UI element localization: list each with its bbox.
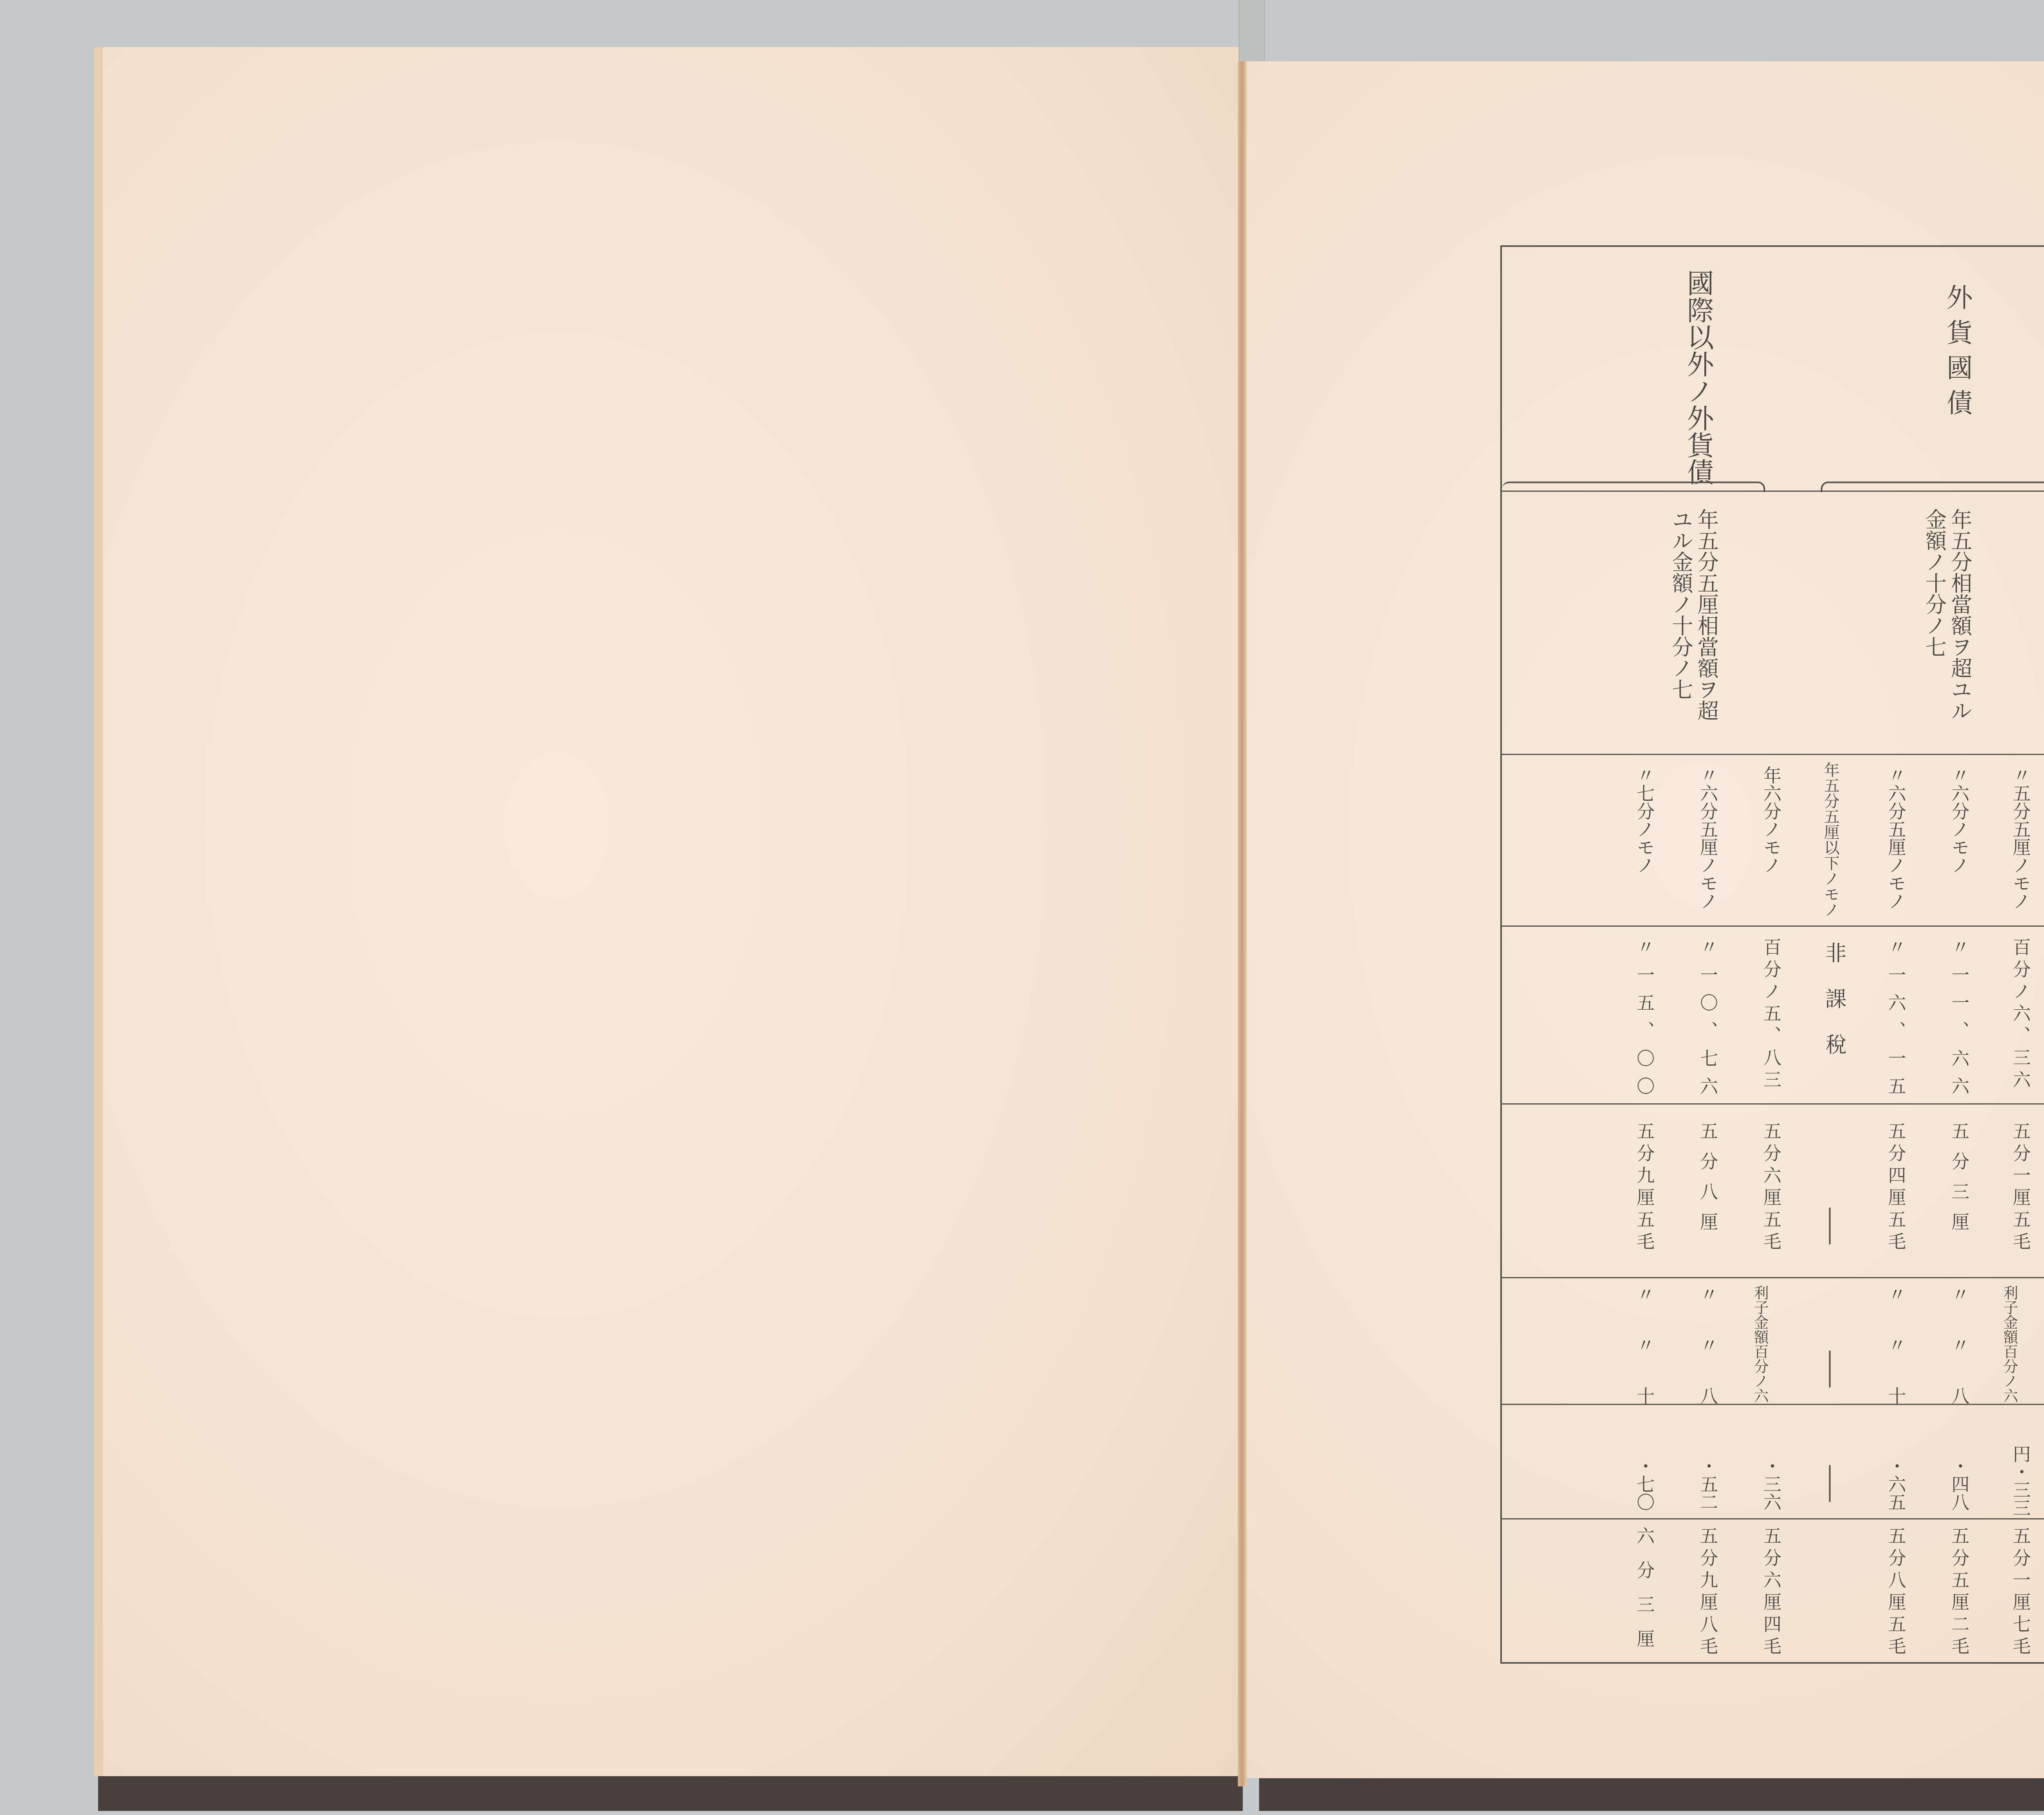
net-yield-cell: 五分四厘五毛 [1884,1122,1906,1254]
empty-cell-dash [1829,1351,1831,1387]
revision-net-yield-cell: 五分九厘八毛 [1696,1526,1718,1659]
group-brace [1502,482,1765,492]
revision-tax-rate-cell: 〃〃十 [1633,1285,1654,1437]
bleed-through-text [634,292,663,316]
revision-tax-rate-cell: 〃〃十 [1884,1285,1906,1437]
interest-rate-cell: 〃五分五厘ノモノ [2009,766,2031,910]
net-yield-cell: 五分九厘五毛 [1633,1122,1654,1254]
book-shadow-left [98,1774,1243,1811]
revision-tax-per-100-cell: ・四八 [1948,1457,1969,1511]
net-yield-cell: 五分六厘五毛 [1759,1122,1781,1254]
computed-tax-rate-cell: 百分ノ六、三六 [2009,938,2031,1092]
revision-tax-rate-cell: 〃〃八 [1948,1285,1969,1437]
tax-table: 種別 稅率 利率 算出稅率 稅引手取利廻 稅率 元金百円ニ対スル稅額 稅引手取利… [1500,245,2044,1664]
revision-tax-per-100-cell: ・六五 [1884,1457,1906,1511]
net-yield-cell: 五分三厘 [1948,1122,1969,1243]
row-divider [1502,925,2044,927]
tax-rate-other-foreign: 年五分五厘相當額ヲ超ユル金額ノ十分ノ七 [1661,509,1719,737]
group-brace [1821,482,2044,492]
group-name-other-foreign-bonds: 國際以外ノ外貨債 [1682,269,1714,485]
row-divider [1502,754,2044,755]
revision-tax-per-100-cell: 円・三三 [2009,1445,2031,1517]
computed-tax-rate-cell: 非課稅 [1821,942,1846,1079]
interest-rate-cell: 〃六分五厘ノモノ [1696,766,1718,910]
interest-rate-cell: 年六分ノモノ [1759,766,1781,874]
group-name-foreign-govt-bonds: 外貨國債 [1941,284,1973,424]
interest-rate-cell: 年五分五厘以下ノモノ [1821,762,1840,917]
revision-tax-per-100-cell: ・五二 [1696,1457,1718,1511]
interest-rate-cell: 〃六分ノモノ [1948,766,1969,874]
computed-tax-rate-cell: 〃一五、〇〇 [1633,938,1654,1105]
revision-tax-rate-cell: 利子金額百分ノ六 [1751,1285,1769,1403]
interest-rate-cell: 〃六分五厘ノモノ [1884,766,1906,910]
tax-rate-foreign-govt: 年五分相當額ヲ超ユル金額ノ十分ノ七 [1915,509,1972,737]
revision-tax-rate-cell: 利子金額百分ノ六 [2001,1285,2018,1403]
empty-cell-dash [1829,1465,1831,1502]
net-yield-cell: 五分八厘 [1696,1122,1718,1243]
bleed-through-text [1349,225,1378,249]
revision-tax-rate-cell: 〃〃八 [1696,1285,1718,1437]
book-gutter [1238,61,1247,1786]
revision-net-yield-cell: 五分六厘四毛 [1759,1526,1781,1659]
interest-rate-cell: 〃七分ノモノ [1633,766,1654,874]
revision-net-yield-cell: 五分八厘五毛 [1884,1526,1906,1659]
revision-net-yield-cell: 五分一厘七毛 [2009,1526,2031,1659]
computed-tax-rate-cell: 〃一〇、七六 [1696,938,1718,1105]
computed-tax-rate-cell: 〃一六、一五 [1884,938,1906,1105]
revision-net-yield-cell: 五分五厘二毛 [1948,1526,1969,1659]
spine-gap [1239,0,1265,61]
computed-tax-rate-cell: 〃一一、六六 [1948,938,1969,1105]
revision-net-yield-cell: 六分三厘 [1633,1526,1654,1664]
row-divider [1502,1518,2044,1519]
net-yield-cell: 五分一厘五毛 [2009,1122,2031,1254]
computed-tax-rate-cell: 百分ノ五、八三 [1759,938,1781,1092]
left-page [94,47,1239,1776]
empty-cell-dash [1829,1208,1831,1244]
row-divider [1502,1277,2044,1278]
book-shadow-right [1259,1778,2044,1811]
revision-tax-per-100-cell: ・七〇 [1633,1457,1654,1511]
revision-tax-per-100-cell: ・三六 [1759,1457,1781,1511]
